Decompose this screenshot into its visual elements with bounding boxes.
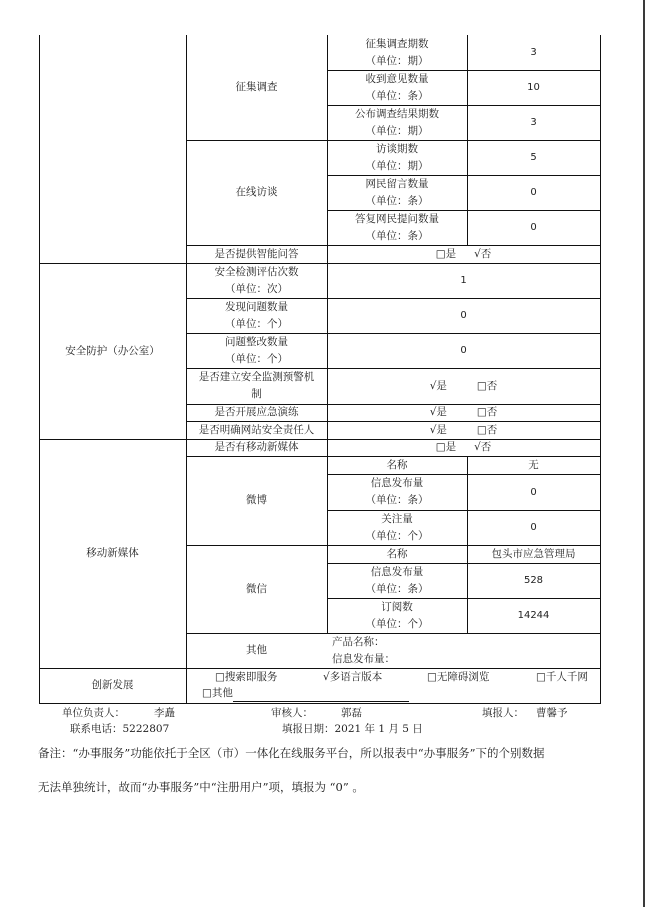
- head-label: 单位负责人：: [62, 705, 125, 720]
- wechat-row-label: 订阅数（单位：个）: [327, 598, 467, 633]
- interview-row-value: 0: [467, 175, 600, 210]
- checkbox-no[interactable]: √否: [474, 439, 491, 456]
- security-row-label: 发现问题数量（单位：个）: [186, 298, 327, 333]
- option-other[interactable]: □其他: [202, 685, 409, 702]
- wechat-row-value: 528: [467, 563, 600, 598]
- reviewer-name: 郭磊: [341, 705, 362, 720]
- weibo-row-value: 0: [467, 474, 600, 510]
- fill-date: 填报日期：2021 年 1 月 5 日: [282, 721, 423, 736]
- solicit-row-label: 收到意见数量（单位：条）: [327, 70, 467, 105]
- option-multilingual[interactable]: √多语言版本: [323, 669, 382, 686]
- option-accessibility[interactable]: □无障碍浏览: [427, 669, 489, 686]
- wechat-row-label: 信息发布量（单位：条）: [327, 563, 467, 598]
- wechat-name-label: 名称: [327, 545, 467, 563]
- phone: 联系电话：5222807: [70, 721, 169, 736]
- checkbox-yes[interactable]: √是: [430, 404, 447, 421]
- option-personalized[interactable]: □千人千网: [536, 669, 588, 686]
- filler-name: 曹馨予: [536, 705, 568, 720]
- reviewer-label: 审核人：: [271, 705, 313, 720]
- product-name-field: 产品名称：: [332, 634, 385, 651]
- security-row-value: 0: [327, 333, 600, 368]
- interview-row-label: 网民留言数量（单位：条）: [327, 175, 467, 210]
- checkbox-yes[interactable]: √是: [430, 422, 447, 439]
- media-label: 移动新媒体: [39, 439, 186, 668]
- checkbox-yes[interactable]: □是: [436, 246, 456, 263]
- security-row-label: 安全检测评估次数（单位：次）: [186, 263, 327, 298]
- solicit-row-value: 3: [467, 35, 600, 70]
- innovation-label: 创新发展: [39, 668, 186, 703]
- weibo-row-label: 信息发布量（单位：条）: [327, 474, 467, 510]
- smart-qa-choice: □是√否: [327, 245, 600, 263]
- wechat-label: 微信: [186, 545, 327, 633]
- other-media-fields: 产品名称： 信息发布量：: [327, 633, 600, 668]
- security-check-choice: √是□否: [327, 368, 600, 404]
- checkbox-no[interactable]: √否: [474, 246, 491, 263]
- note-line-1: 备注：“办事服务”功能依托于全区（市）一体化在线服务平台，所以报表中“办事服务”…: [38, 745, 545, 761]
- interview-row-label: 答复网民提问数量（单位：条）: [327, 210, 467, 245]
- other-input-line[interactable]: [233, 689, 409, 702]
- security-check-label: 是否明确网站安全责任人: [186, 421, 327, 439]
- solicit-row-value: 10: [467, 70, 600, 105]
- has-media-choice: □是√否: [327, 439, 600, 456]
- security-row-label: 问题整改数量（单位：个）: [186, 333, 327, 368]
- solicit-row-value: 3: [467, 105, 600, 140]
- weibo-name-label: 名称: [327, 456, 467, 474]
- checkbox-no[interactable]: □否: [477, 404, 497, 421]
- security-label: 安全防护（办公室）: [39, 263, 186, 439]
- smart-qa-label: 是否提供智能问答: [186, 245, 327, 263]
- checkbox-yes[interactable]: √是: [430, 378, 447, 395]
- security-check-label: 是否开展应急演练: [186, 404, 327, 421]
- weibo-row-label: 关注量（单位：个）: [327, 510, 467, 545]
- weibo-row-value: 0: [467, 510, 600, 545]
- interview-row-value: 5: [467, 140, 600, 175]
- checkbox-yes[interactable]: □是: [436, 439, 456, 456]
- innovation-options: □搜索即服务 √多语言版本 □无障碍浏览 □千人千网 □其他: [186, 668, 600, 703]
- solicit-row-label: 征集调查期数（单位：期）: [327, 35, 467, 70]
- interview-row-label: 访谈期数（单位：期）: [327, 140, 467, 175]
- checkbox-no[interactable]: □否: [477, 422, 497, 439]
- interview-label: 在线访谈: [186, 140, 327, 245]
- has-media-label: 是否有移动新媒体: [186, 439, 327, 456]
- publish-count-field: 信息发布量：: [332, 651, 395, 668]
- weibo-name-value: 无: [467, 456, 600, 474]
- solicit-row-label: 公布调查结果期数（单位：期）: [327, 105, 467, 140]
- weibo-label: 微博: [186, 456, 327, 545]
- option-search-service[interactable]: □搜索即服务: [215, 669, 277, 686]
- security-row-value: 0: [327, 298, 600, 333]
- security-check-choice: √是□否: [327, 404, 600, 421]
- filler-label: 填报人：: [482, 705, 524, 720]
- security-check-label: 是否建立安全监测预警机制: [186, 368, 327, 404]
- interview-row-value: 0: [467, 210, 600, 245]
- security-row-value: 1: [327, 263, 600, 298]
- head-name: 李矗: [154, 705, 175, 720]
- wechat-row-value: 14244: [467, 598, 600, 633]
- note-line-2: 无法单独统计，故而“办事服务”中“注册用户”项，填报为 “0” 。: [38, 779, 364, 795]
- solicit-label: 征集调查: [186, 35, 327, 140]
- checkbox-no[interactable]: □否: [477, 378, 497, 395]
- security-check-choice: √是□否: [327, 421, 600, 439]
- wechat-name-value: 包头市应急管理局: [467, 545, 600, 563]
- other-media-label: 其他: [186, 633, 327, 668]
